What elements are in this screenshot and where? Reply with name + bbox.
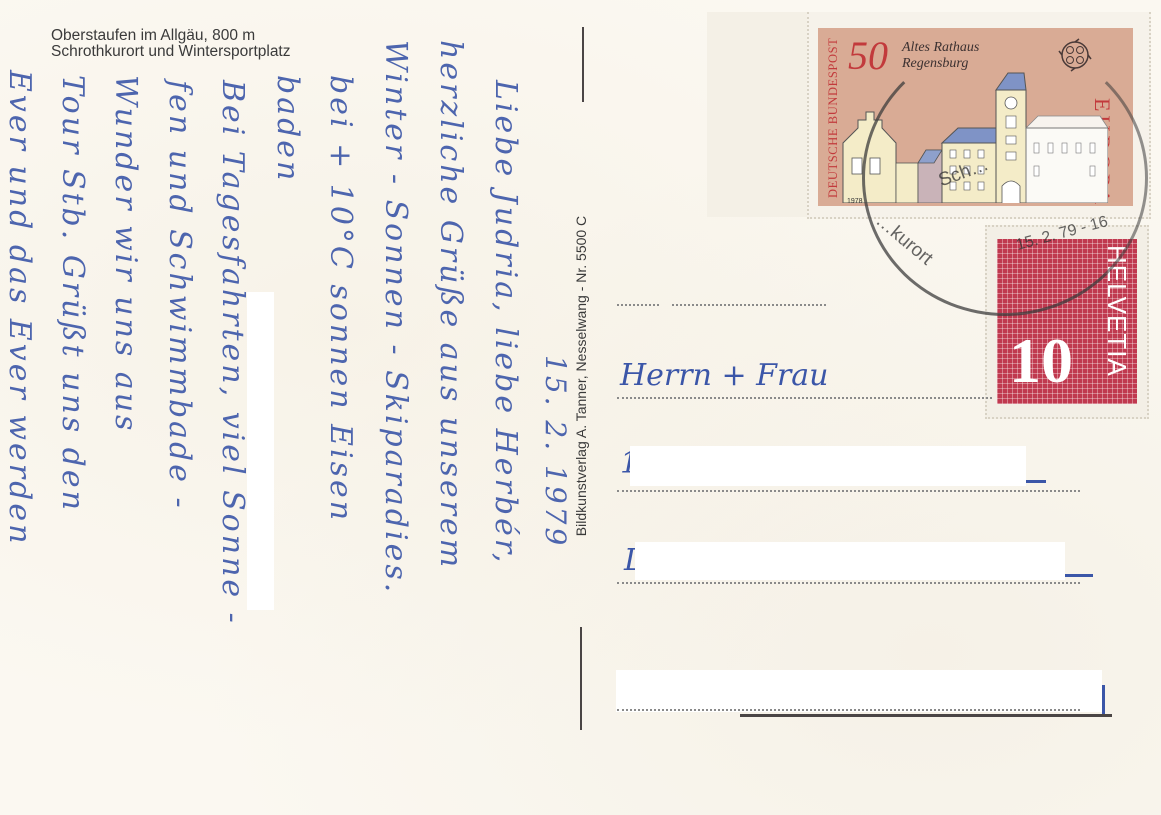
message-line: herzliche Grüße aus unserem — [433, 40, 468, 570]
redaction — [635, 542, 1065, 580]
redaction — [630, 446, 1026, 486]
stamp-face: 10 HELVETIA — [997, 239, 1137, 404]
address-dotted-line — [617, 304, 659, 306]
address-dotted-line — [617, 582, 1080, 584]
publisher-text: Bildkunstverlag A. Tanner, Nesselwang - … — [573, 126, 589, 626]
redaction — [616, 670, 1102, 712]
address-recipient: Herrn + Frau — [620, 358, 829, 393]
message-line: fen und Schwimmbade - — [162, 80, 197, 511]
handwriting-stroke — [1026, 480, 1046, 483]
address-dotted-line — [672, 304, 826, 306]
divider-line — [580, 627, 582, 730]
stamp-country: HELVETIA — [1101, 245, 1132, 377]
handwriting-stroke — [1102, 685, 1105, 715]
stamp-selvage — [707, 12, 807, 217]
town-hall-illustration — [838, 68, 1108, 203]
message-line: Tour Stb. Grüßt uns den — [55, 75, 90, 513]
address-dotted-line — [617, 397, 992, 399]
caption-description: Schrothkurort und Wintersportplatz — [51, 44, 291, 60]
message-date: 15. 2. 1979 — [539, 355, 572, 548]
postcard-caption: Oberstaufen im Allgäu, 800 m Schrothkuro… — [51, 28, 291, 60]
message-line: baden — [270, 75, 305, 183]
handwriting-stroke — [1065, 574, 1093, 577]
message-line: Wunder wir uns aus — [108, 75, 143, 433]
divider-line — [582, 27, 584, 102]
postcard-back: Oberstaufen im Allgäu, 800 m Schrothkuro… — [0, 0, 1161, 815]
redaction — [247, 292, 274, 610]
caption-location: Oberstaufen im Allgäu, 800 m — [51, 28, 291, 44]
message-line: Liebe Judria, liebe Herbér, — [488, 80, 523, 565]
stamp-switzerland: 10 HELVETIA — [985, 225, 1149, 419]
address-dotted-line — [617, 490, 1080, 492]
stamp-germany: DEUTSCHE BUNDESPOST 50 Altes Rathaus Reg… — [707, 12, 1147, 217]
address-dotted-line — [617, 709, 1080, 711]
postmark-text: …kurort — [871, 210, 937, 270]
message-line: Winter - Sonnen - Skiparadies. — [378, 40, 413, 595]
address-underline — [740, 714, 1112, 717]
message-line: Bei Tagesfahrten, viel Sonne - — [215, 80, 250, 626]
message-line: bei + 10°C sonnen Eisen — [323, 75, 358, 523]
message-line: Ever und das Ever werden — [2, 70, 37, 546]
cept-logo-icon — [1058, 38, 1092, 72]
stamp-year: 1978 — [847, 198, 863, 205]
stamp-value: 10 — [1009, 329, 1073, 393]
